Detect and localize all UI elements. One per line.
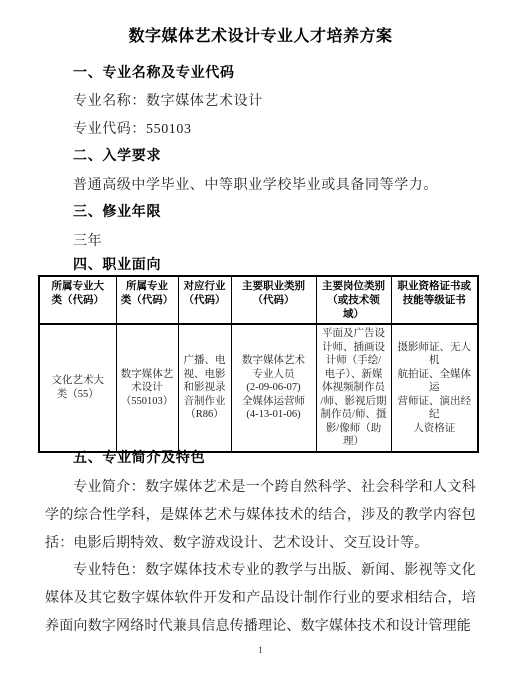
header-major-class: 所属专业 类（代码） [116, 276, 178, 324]
cell-industry: 广播、电 视、电影 和影视录 音制作业 （R86） [178, 324, 231, 452]
document-title: 数字媒体艺术设计专业人才培养方案 [0, 23, 521, 46]
cell-major-class: 数字媒体艺 术设计 （550103） [116, 324, 178, 452]
section-1-heading: 一、专业名称及专业代码 [45, 62, 477, 82]
study-duration-line: 三年 [45, 230, 477, 250]
header-certificates: 职业资格证书或 技能等级证书 [391, 276, 478, 324]
cell-major-category: 文化艺术大 类（55） [39, 324, 116, 452]
section-4-heading: 四、职业面向 [45, 254, 477, 274]
header-post-category: 主要岗位类别 （或技术领 域） [316, 276, 391, 324]
major-code-line: 专业代码：550103 [45, 118, 477, 138]
document-page: 数字媒体艺术设计专业人才培养方案 一、专业名称及专业代码 专业名称：数字媒体艺术… [0, 0, 521, 697]
section-3-heading: 三、修业年限 [45, 201, 477, 221]
major-introduction-paragraph: 专业简介：数字媒体艺术是一个跨自然科学、社会科学和人文科学的综合性学科，是媒体艺… [45, 474, 476, 558]
table-row: 文化艺术大 类（55） 数字媒体艺 术设计 （550103） 广播、电 视、电影… [39, 324, 478, 452]
major-feature-paragraph: 专业特色：数字媒体技术专业的教学与出版、新闻、影视等文化媒体及其它数字媒体软件开… [45, 557, 476, 641]
table-header-row: 所属专业大 类（代码） 所属专业 类（代码） 对应行业 （代码） 主要职业类别 … [39, 276, 478, 324]
header-major-category: 所属专业大 类（代码） [39, 276, 116, 324]
header-occupation-category: 主要职业类别 （代码） [231, 276, 316, 324]
cell-occupation-category: 数字媒体艺术 专业人员 (2-09-06-07) 全媒体运营师 (4-13-01… [231, 324, 316, 452]
cell-certificates: 摄影师证、无人机 航拍证、全媒体运 营师证、演出经纪 人资格证 [391, 324, 478, 452]
header-industry: 对应行业 （代码） [178, 276, 231, 324]
career-orientation-table: 所属专业大 类（代码） 所属专业 类（代码） 对应行业 （代码） 主要职业类别 … [38, 275, 479, 453]
section-2-heading: 二、入学要求 [45, 145, 477, 165]
cell-post-category: 平面及广告设 计师、插画设 计师（手绘/ 电子）、新媒 体视频制作员 /师、影视… [316, 324, 391, 452]
page-number: 1 [0, 645, 521, 655]
section-5-heading: 五、专业简介及特色 [45, 447, 477, 467]
major-name-line: 专业名称：数字媒体艺术设计 [45, 90, 477, 110]
admission-requirement-line: 普通高级中学毕业、中等职业学校毕业或具备同等学力。 [45, 174, 477, 194]
